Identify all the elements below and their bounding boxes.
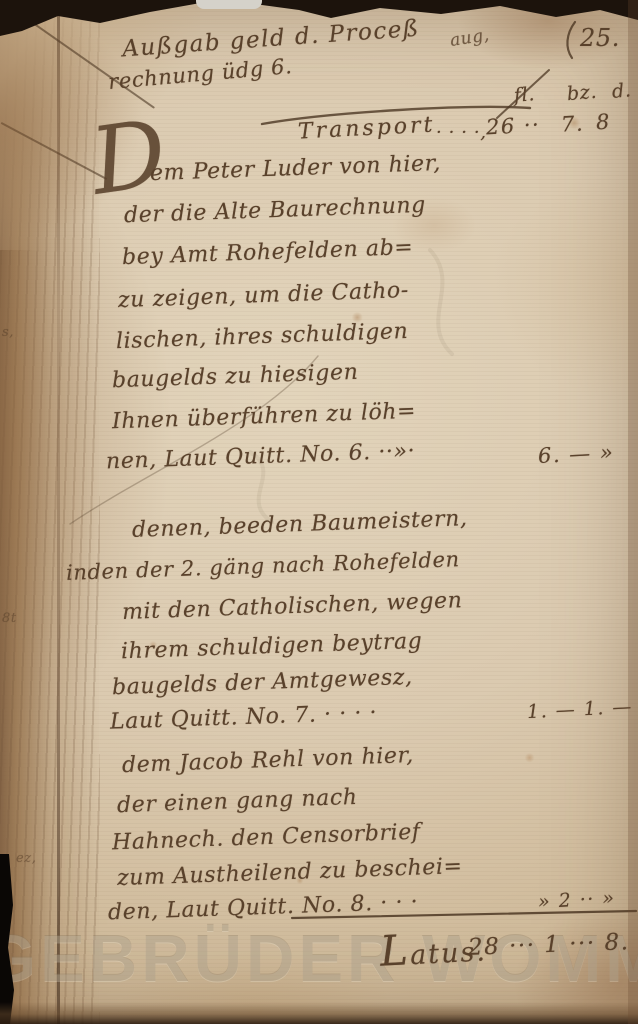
margin-mark: 8.	[0, 896, 14, 909]
entry1-amount: 6. — »	[538, 442, 615, 467]
entry1-initial-flourish: D	[86, 107, 172, 208]
margin-mark: ez,	[16, 852, 36, 865]
column-header-florin: fl.	[513, 85, 536, 106]
transport-amount-bz: 7.	[560, 113, 584, 135]
transport-dots: · · · ·,	[436, 124, 487, 142]
margin-mark: s,	[2, 326, 14, 339]
column-header-denar: d.	[611, 81, 632, 102]
page-number: 25.	[580, 26, 620, 50]
latus-value: 28 ··· 1 ··· 8.	[468, 931, 630, 960]
transport-amount-d: 8	[595, 112, 611, 134]
scanned-manuscript-page: GEBRÜDER WOMMER Außgab geld d. Proceß au…	[0, 0, 638, 1024]
column-header-batzen: bz.	[566, 83, 598, 105]
transport-amount-fl: 26 ··	[485, 115, 540, 139]
margin-mark: 8t	[2, 612, 17, 625]
entry3-amount: » 2 ·· »	[538, 889, 616, 912]
